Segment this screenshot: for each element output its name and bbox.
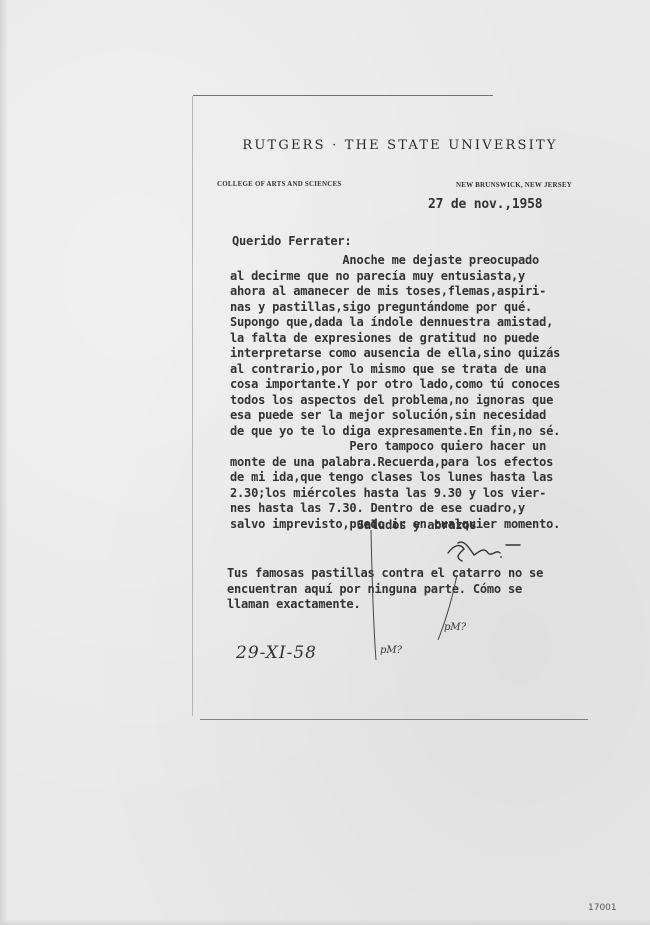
text-line: al decirme que no parecía muy entusiasta… [230, 269, 560, 285]
text-line: 2.30;los miércoles hasta las 9.30 y los … [230, 486, 560, 502]
text-line: nas y pastillas,sigo preguntándome por q… [230, 300, 560, 316]
text-line: de que yo te lo diga expresamente.En fin… [230, 424, 560, 440]
text-line: de mi ida,que tengo clases los lunes has… [230, 470, 560, 486]
text-line: la falta de expresiones de gratitud no p… [230, 331, 560, 347]
letter-body: Anoche me dejaste preocupadoal decirme q… [230, 253, 560, 532]
letterhead-location: NEW BRUNSWICK, NEW JERSEY [456, 181, 572, 189]
text-line: monte de una palabra.Recuerda,para los e… [230, 455, 560, 471]
paper-bottom-edge [200, 719, 588, 720]
text-line: Supongo que,dada la índole dennuestra am… [230, 315, 560, 331]
text-line: cosa importante.Y por otro lado,como tú … [230, 377, 560, 393]
letter-date: 27 de nov.,1958 [428, 197, 542, 212]
paper-top-edge [193, 95, 493, 96]
letterhead-institution: RUTGERS · THE STATE UNIVERSITY [200, 138, 600, 153]
text-line: Pero tampoco quiero hacer un [230, 439, 560, 455]
handwritten-annotation: pM? [380, 645, 402, 656]
scan-edge-left [0, 0, 8, 925]
text-line: al contrario,por lo mismo que se trata d… [230, 362, 560, 378]
handwritten-annotation: pM? [444, 622, 466, 633]
paper-left-edge [192, 96, 193, 716]
letter-closing: Saludos y abrazos [357, 518, 476, 532]
text-line: ahora al amanecer de mis toses,flemas,as… [230, 284, 560, 300]
scan-edge-bottom [0, 919, 650, 925]
text-line: encuentran aquí por ninguna parte. Cómo … [227, 582, 543, 598]
archive-number: 17001 [588, 903, 617, 913]
letterhead-college: COLLEGE OF ARTS AND SCIENCES [217, 180, 342, 188]
text-line: interpretarse como ausencia de ella,sino… [230, 346, 560, 362]
letter-salutation: Querido Ferrater: [232, 234, 351, 248]
text-line: Anoche me dejaste preocupado [230, 253, 560, 269]
text-line: llaman exactamente. [227, 597, 543, 613]
text-line: Tus famosas pastillas contra el catarro … [227, 566, 543, 582]
text-line: esa puede ser la mejor solución,sin nece… [230, 408, 560, 424]
text-line: nes hasta las 7.30. Dentro de ese cuadro… [230, 501, 560, 517]
letter-postscript: Tus famosas pastillas contra el catarro … [227, 566, 543, 613]
text-line: todos los aspectos del problema,no ignor… [230, 393, 560, 409]
handwritten-date: 29-XI-58 [236, 643, 317, 663]
